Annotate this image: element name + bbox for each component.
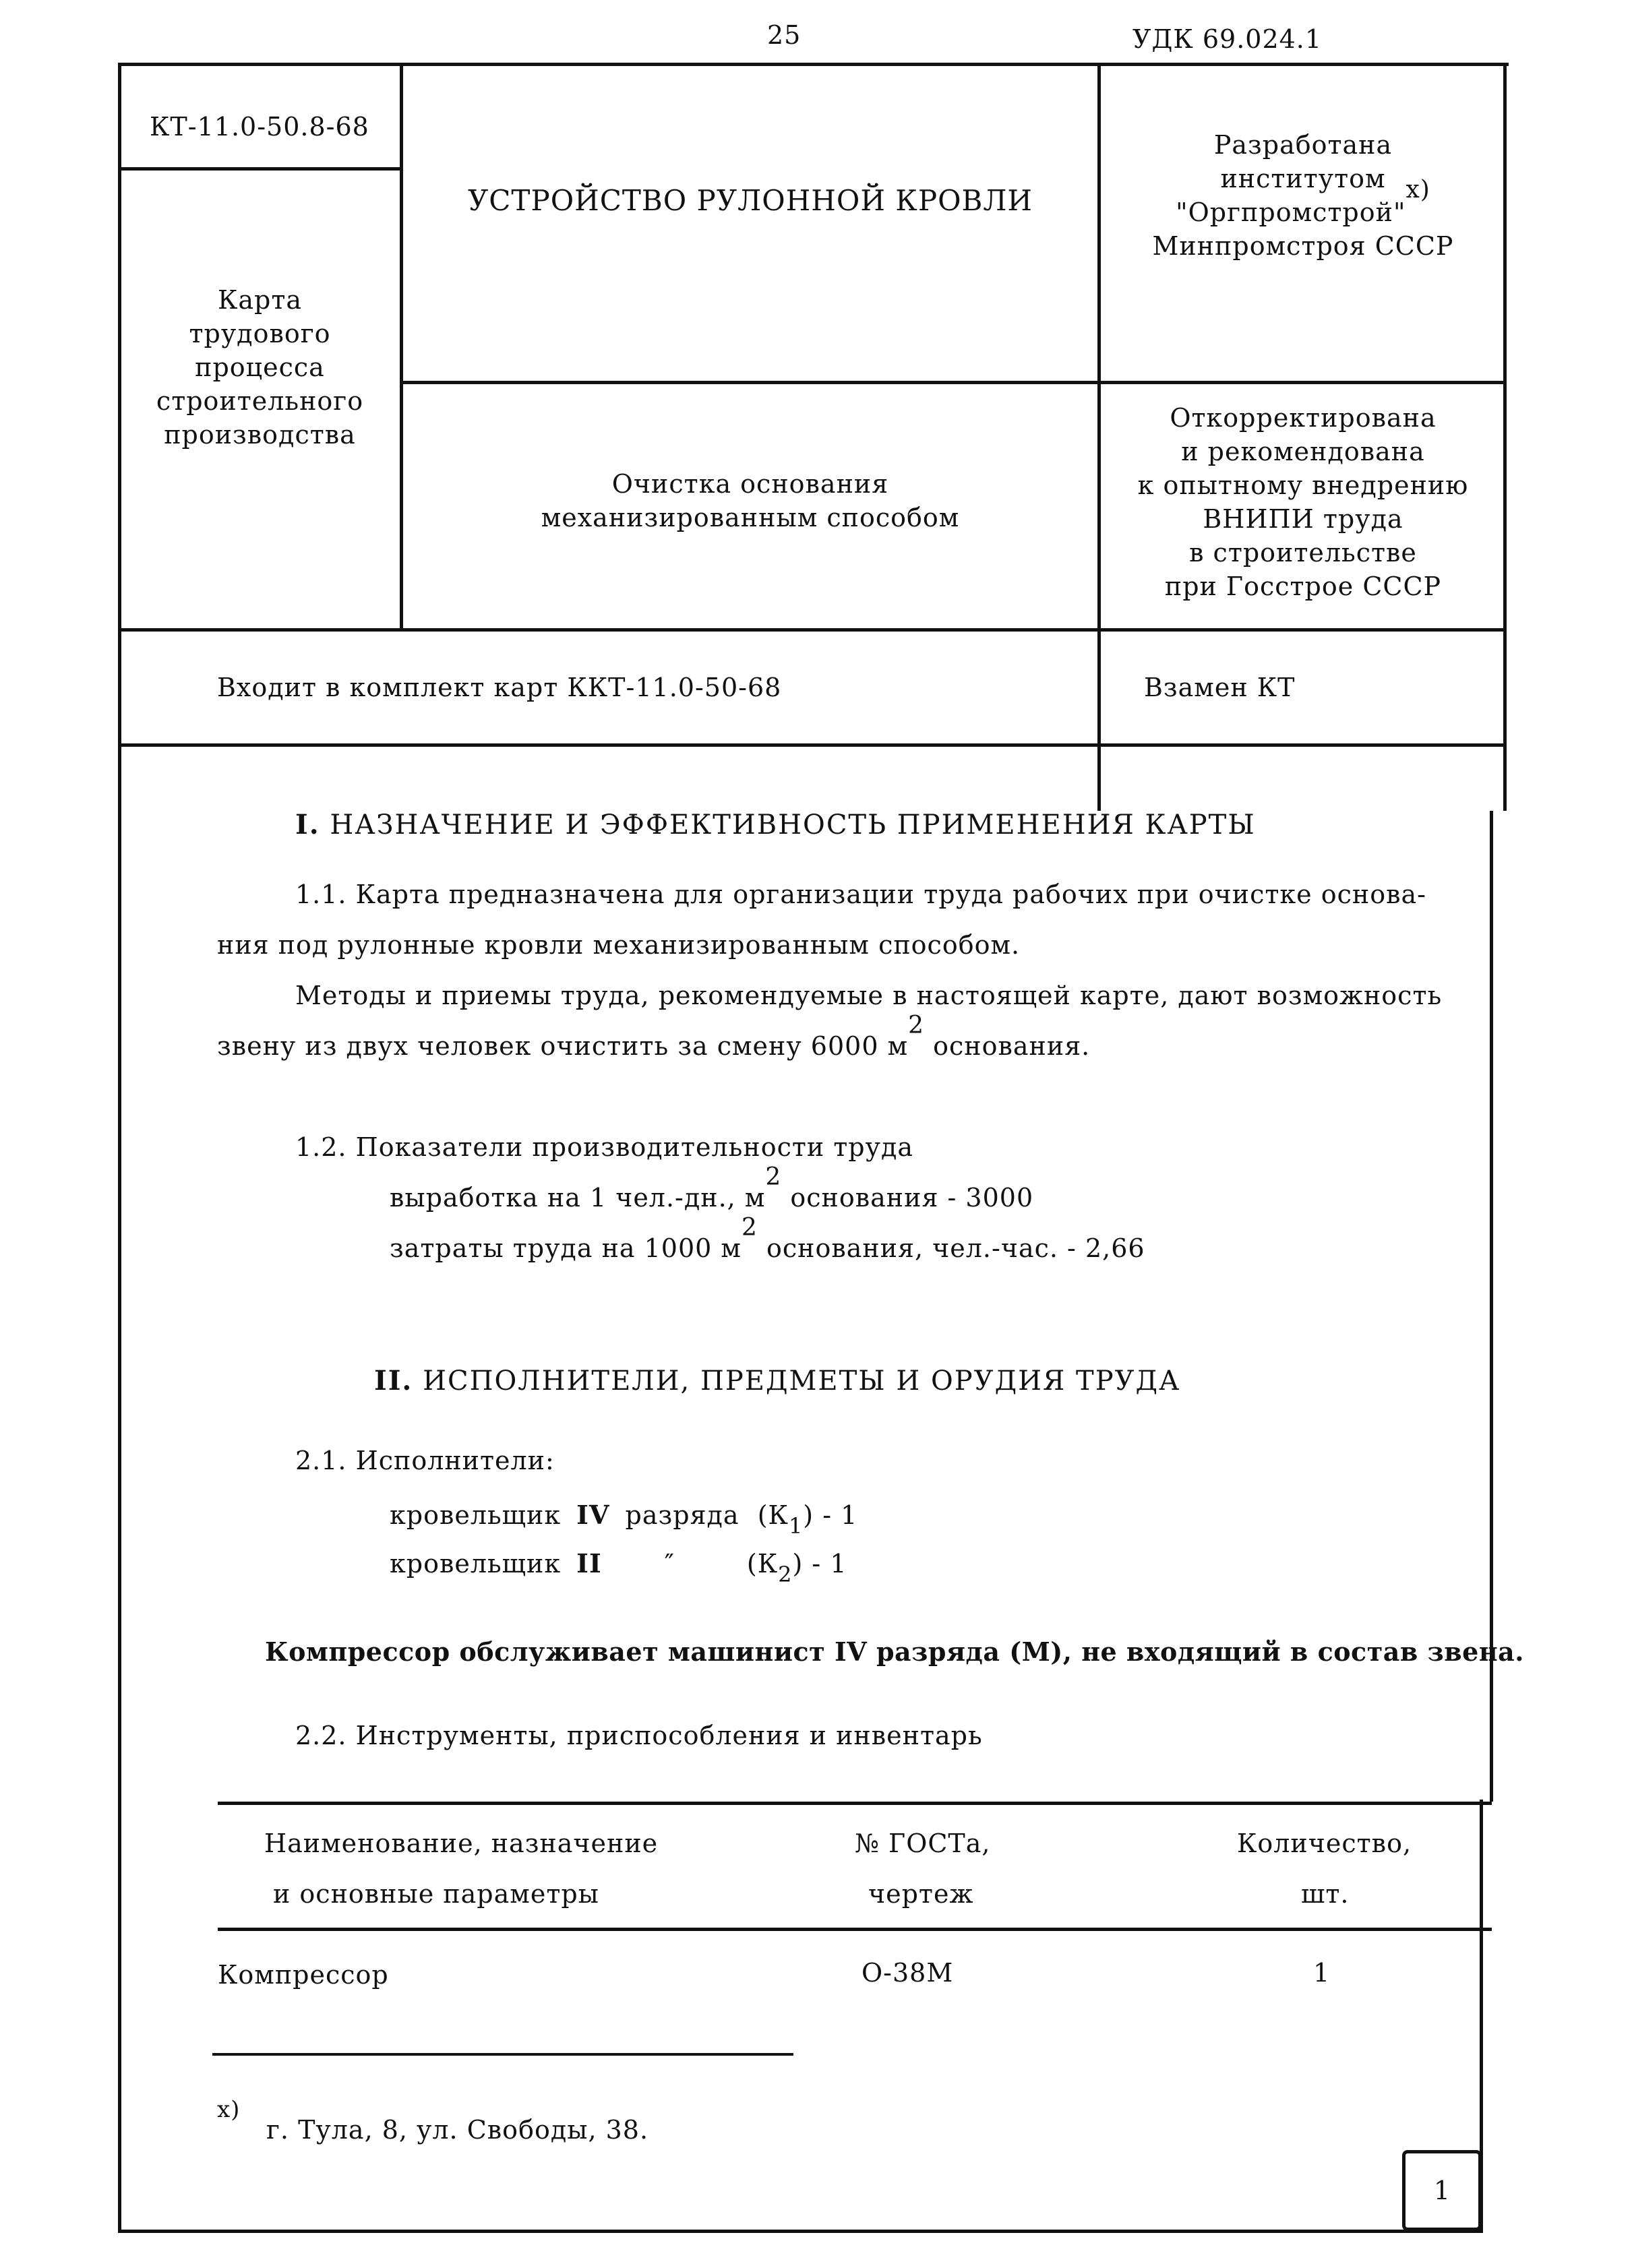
- paragraph-methods-line2: звену из двух человек очистить за смену …: [217, 1031, 1090, 1061]
- output-indicator: выработка на 1 чел.-дн., м2 основания - …: [390, 1183, 1033, 1213]
- table-header-qty: шт.: [1301, 1879, 1349, 1909]
- set-membership: Входит в комплект карт ККТ-11.0-50-68: [217, 673, 781, 702]
- paragraph-1-1-line2: ния под рулонные кровли механизированным…: [217, 930, 1020, 960]
- page-number: 25: [767, 20, 801, 50]
- footnote-mark: х): [217, 2096, 240, 2123]
- table-cell-gost: О-38М: [862, 1958, 953, 1988]
- corrected-by: Откорректирована и рекомендована к опытн…: [1101, 401, 1505, 603]
- footnote-rule: [212, 2053, 793, 2056]
- section1-heading: I. НАЗНАЧЕНИЕ И ЭФФЕКТИВНОСТЬ ПРИМЕНЕНИЯ…: [295, 809, 1256, 840]
- section2-heading: II. ИСПОЛНИТЕЛИ, ПРЕДМЕТЫ И ОРУДИЯ ТРУДА: [374, 1365, 1180, 1397]
- compressor-note: Компрессор обслуживает машинист IV разря…: [265, 1636, 1524, 1667]
- replaces: Взамен КТ: [1144, 673, 1296, 702]
- table-header-qty: Количество,: [1237, 1829, 1412, 1858]
- paragraph-1-2-title: 1.2. Показатели производительности труда: [295, 1132, 913, 1162]
- labor-cost-indicator: затраты труда на 1000 м2 основания, чел.…: [390, 1233, 1145, 1263]
- table-header-gost: № ГОСТа,: [855, 1829, 991, 1858]
- sheet-number: 1: [1434, 2176, 1450, 2205]
- table-cell-name: Компрессор: [218, 1960, 389, 1990]
- paragraph-methods-line1: Методы и приемы труда, рекомендуемые в н…: [295, 981, 1442, 1010]
- footnote-mark: х): [1406, 176, 1430, 204]
- developer-info: Разработана институтом "Оргпромстрой"х) …: [1101, 128, 1505, 263]
- paragraph-2-1-title: 2.1. Исполнители:: [295, 1446, 555, 1475]
- sheet-number-box: 1: [1402, 2150, 1482, 2231]
- worker-row: кровельщик IV разряда (К1) - 1: [390, 1500, 857, 1530]
- work-title: УСТРОЙСТВО РУЛОННОЙ КРОВЛИ: [403, 184, 1097, 218]
- operation-title: Очистка основания механизированным спосо…: [403, 467, 1097, 534]
- worker-row: кровельщик II ″ (К2) - 1: [390, 1548, 847, 1579]
- paragraph-2-2-title: 2.2. Инструменты, приспособления и инвен…: [295, 1721, 983, 1750]
- table-header-name: Наименование, назначение: [264, 1829, 658, 1858]
- card-type: Карта трудового процесса строительного п…: [120, 283, 400, 452]
- table-header-name: и основные параметры: [273, 1879, 599, 1909]
- footnote-text: г. Тула, 8, ул. Свободы, 38.: [266, 2115, 648, 2145]
- table-header-gost: чертеж: [868, 1879, 973, 1909]
- table-cell-qty: 1: [1313, 1958, 1330, 1988]
- card-code: КТ-11.0-50.8-68: [150, 112, 369, 142]
- udc-code: УДК 69.024.1: [1132, 24, 1322, 54]
- paragraph-1-1-line1: 1.1. Карта предназначена для организации…: [295, 880, 1426, 909]
